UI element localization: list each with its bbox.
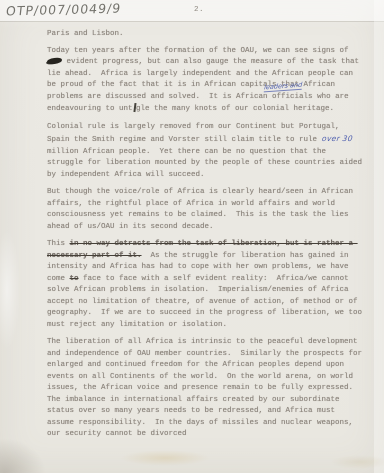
typed-text: Colonial rule is largely removed from ou… [47,123,344,145]
para-oau-progress: Today ten years after the formation of t… [47,46,363,116]
struck-out-text: to [70,275,79,283]
document-body: Paris and Lisbon.Today ten years after t… [47,29,363,447]
paper-stain [330,455,384,469]
scribbled-out-word-icon [47,57,63,65]
typed-text: The liberation of all Africa is intrinsi… [47,338,367,438]
scan-right-edge [374,0,384,473]
typed-text: gle the many knots of our colonial herit… [136,105,334,113]
handwritten-inline-insertion: over 30 [321,133,353,145]
page-number: 2. [194,6,204,14]
handwritten-archive-reference: OTP/007/0049/9 [5,0,122,18]
para-colonial-rule: Colonial rule is largely removed from ou… [47,122,363,182]
scan-corner-shadow [0,438,46,473]
para-liberation-struggle: This in no way detracts from the task of… [47,239,363,331]
annotated-word: officialsleaders and [272,92,313,104]
typed-text: But though the voice/role of Africa is c… [47,188,358,231]
paper-stain [0,230,20,350]
typed-text: This [47,240,70,248]
paper-stain [120,450,210,466]
typed-text: Paris and Lisbon. [47,30,124,38]
heading-paris-lisbon: Paris and Lisbon. [47,29,363,41]
typed-text: face to face with a self evident reality… [47,275,367,329]
scanned-document-page: OTP/007/0049/9 2. Paris and Lisbon.Today… [0,0,384,473]
handwritten-insertion-above: leaders and [264,82,303,92]
typed-text: Today ten years after the formation of t… [47,47,353,55]
para-africa-world-affairs: But though the voice/role of Africa is c… [47,187,363,233]
para-liberation-intrinsic: The liberation of all Africa is intrinsi… [47,337,363,441]
paper-edge-line [0,21,384,22]
